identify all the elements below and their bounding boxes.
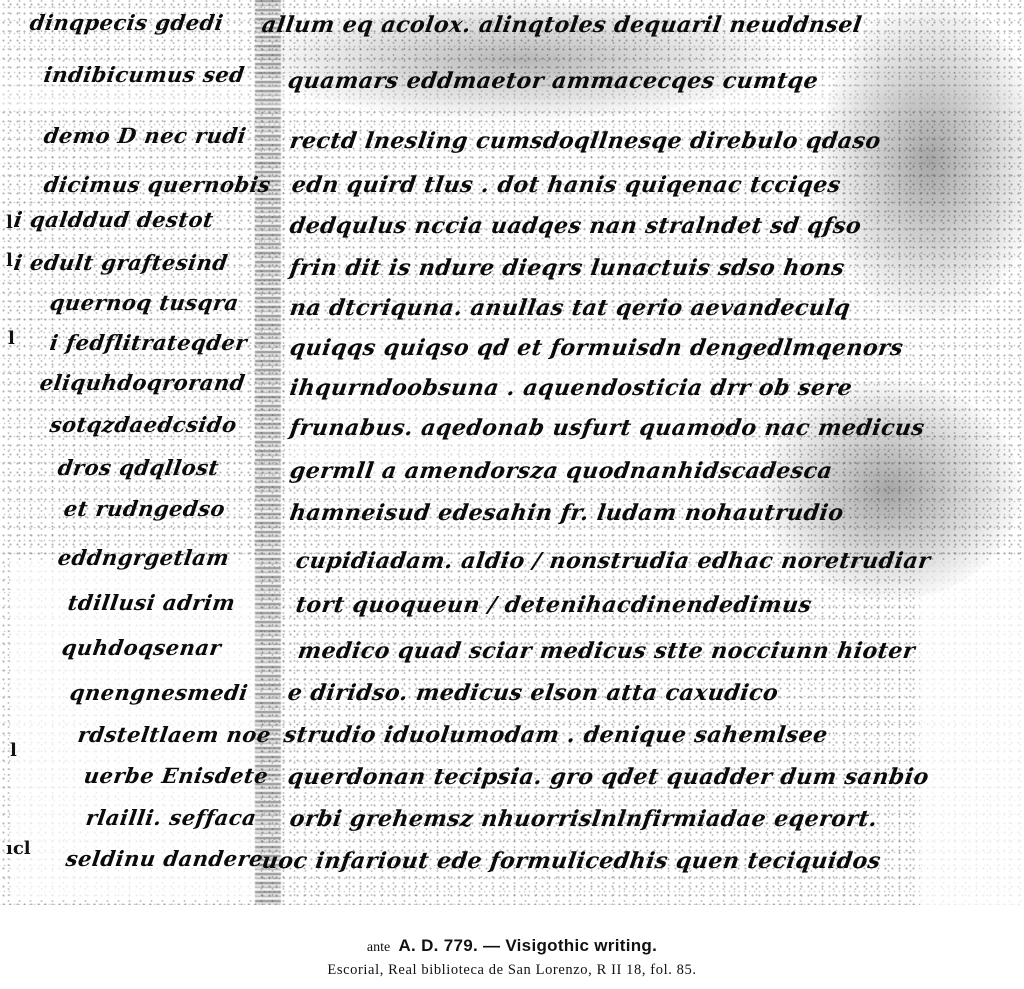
manuscript-line-left: i qalddud destot [12,207,215,232]
manuscript-line-left: eliquhdoqrorand [38,370,247,395]
margin-mark: ıcl [6,838,31,859]
manuscript-line-left: tdillusi adrim [66,590,237,615]
manuscript-line-left: rlailli. seffaca [84,805,258,830]
manuscript-line-left: eddngrgetlam [56,545,231,570]
manuscript-line-left: i edult graftesind [12,250,229,275]
manuscript-line-left: dicimus quernobis [42,172,272,197]
manuscript-line-left: rdsteltlaem noe [76,722,272,747]
stain [820,0,1024,320]
caption-prefix: ante [367,940,390,955]
manuscript-facsimile: l l l l ıcl dinqpecis gdedi indibicumus … [0,0,1024,905]
manuscript-line-right: uoc infariout ede formulicedhis quen tec… [260,848,882,874]
manuscript-line-left: qnengnesmedi [68,680,249,705]
manuscript-line-right: quamars eddmaetor ammacecqes cumtqe [286,68,820,94]
manuscript-line-left: demo D nec rudi [42,123,248,148]
manuscript-line-right: allum eq acolox. alinqtoles dequaril neu… [260,12,863,38]
manuscript-line-left: i fedflitrateqder [48,330,249,355]
manuscript-line-left: sotqzdaedcsido [48,412,238,437]
margin-mark: l [10,740,17,761]
manuscript-line-right: rectd lnesling cumsdoqllnesqe direbulo q… [288,128,882,154]
manuscript-line-left: quernoq tusqra [48,290,240,315]
manuscript-line-right: dedqulus nccia uadqes nan stralndet sd q… [288,213,863,239]
clear-area [920,560,1024,905]
manuscript-line-right: cupidiadam. aldio / nonstrudia edhac nor… [294,548,932,574]
manuscript-line-left: uerbe Enisdete [82,763,270,788]
manuscript-line-right: frunabus. aqedonab usfurt quamodo nac me… [288,415,926,441]
manuscript-line-right: strudio iduolumodam . denique sahemlsee [282,722,829,748]
manuscript-line-left: seldinu dandere [64,846,265,871]
manuscript-line-left: quhdoqsenar [60,635,223,660]
caption-title-text: A. D. 779. — Visigothic writing. [398,936,657,955]
manuscript-line-right: querdonan tecipsia. gro qdet quadder dum… [286,764,931,790]
manuscript-line-right: frin dit is ndure dieqrs lunactuis sdso … [288,255,846,281]
manuscript-line-left: et rudngedso [62,496,227,521]
manuscript-line-right: hamneisud edesahin fr. ludam nohautrudio [288,500,845,526]
manuscript-line-right: edn quird tlus . dot hanis quiqenac tcci… [290,172,842,198]
manuscript-line-right: tort quoqueun / detenihacdinendedimus [294,592,813,618]
manuscript-line-left: indibicumus sed [42,62,246,87]
manuscript-line-right: medico quad sciar medicus stte nocciunn … [296,638,917,664]
manuscript-line-right: e diridso. medicus elson atta caxudico [286,680,780,706]
margin-mark: l [8,328,15,349]
manuscript-line-left: dinqpecis gdedi [28,10,225,35]
plate-caption-title: ante A. D. 779. — Visigothic writing. [0,936,1024,956]
manuscript-line-left: dros qdqllost [56,455,220,480]
manuscript-line-right: orbi grehemsz nhuorrislnlnfirmiadae eqer… [288,806,879,832]
manuscript-line-right: ihqurndoobsuna . aquendosticia drr ob se… [288,375,854,401]
margin-mark: l [6,250,13,271]
manuscript-line-right: quiqqs quiqso qd et formuisdn dengedlmqe… [288,335,905,361]
plate-caption-source: Escorial, Real biblioteca de San Lorenzo… [0,962,1024,979]
manuscript-line-right: na dtcriquna. anullas tat qerio aevandec… [288,295,852,321]
manuscript-line-right: germll a amendorsza quodnanhidscadesca [288,458,834,484]
